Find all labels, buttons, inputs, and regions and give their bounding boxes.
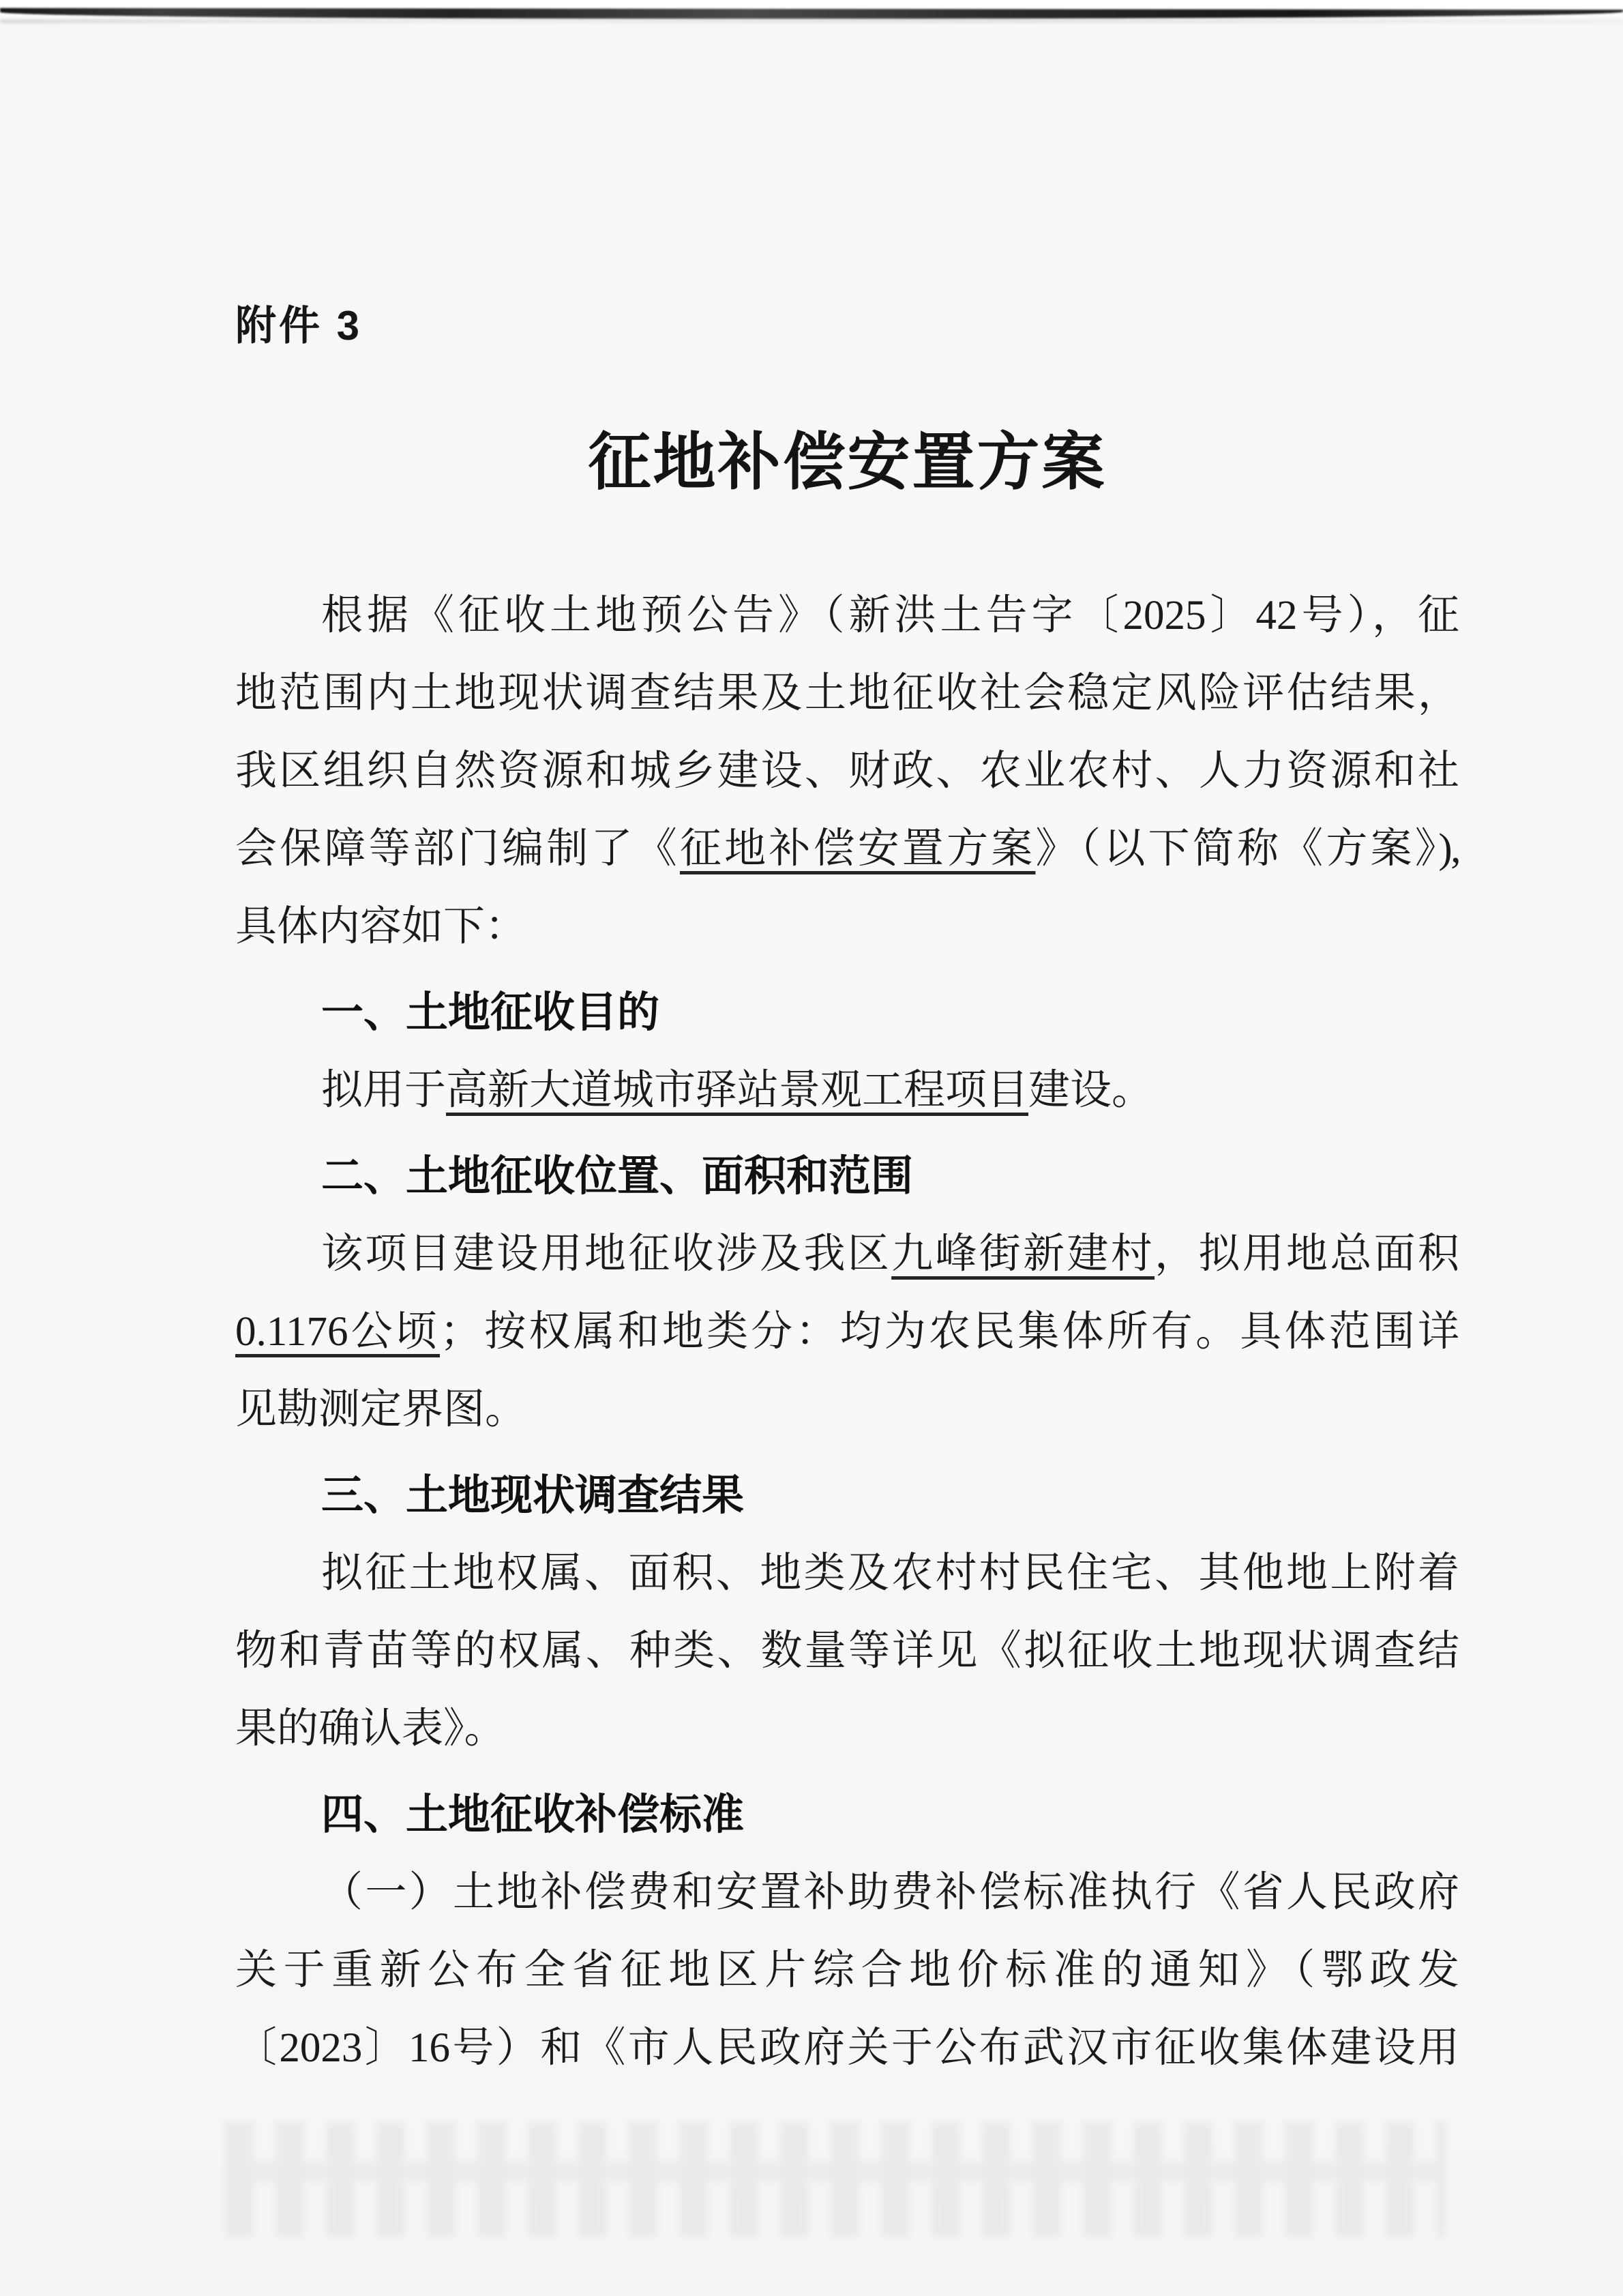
para3-line2: 0.1176公顷；按权属和地类分：均为农民集体所有。具体范围详 [235, 1293, 1459, 1371]
para3-line1: 该项目建设用地征收涉及我区九峰街新建村，拟用地总面积 [235, 1216, 1459, 1293]
para2-line1: 拟用于高新大道城市驿站景观工程项目建设。 [235, 1052, 1459, 1130]
underlined-text: 征地补偿安置方案 [680, 826, 1036, 872]
text-segment: 物和青苗等的权属、种类、数量等详见《拟征收土地现状调查结 [235, 1628, 1459, 1674]
document-title: 征地补偿安置方案 [235, 430, 1459, 496]
text-segment: 建设。 [1028, 1068, 1153, 1113]
para1-line3: 我区组织自然资源和城乡建设、财政、农业农村、人力资源和社 [235, 733, 1459, 810]
text-segment: 果的确认表》。 [235, 1706, 506, 1752]
text-segment: 见勘测定界图。 [235, 1387, 526, 1432]
document-body: 根据《征收土地预公告》（新洪土告字〔2025〕42号），征地范围内土地现状调查结… [235, 577, 1459, 2087]
section-heading-4: 四、土地征收补偿标准 [235, 1776, 1459, 1854]
text-segment: 该项目建设用地征收涉及我区 [321, 1231, 891, 1277]
scanned-document-page: 附件 3 征地补偿安置方案 根据《征收土地预公告》（新洪土告字〔2025〕42号… [0, 0, 1623, 2296]
text-segment: 三、土地现状调查结果 [321, 1472, 744, 1519]
scan-edge-artifact [0, 8, 1623, 20]
text-segment: 地范围内土地现状调查结果及土地征收社会稳定风险评估结果， [235, 671, 1459, 716]
text-segment: 拟征土地权属、面积、地类及农村村民住宅、其他地上附着 [321, 1550, 1459, 1596]
para4-line1: 拟征土地权属、面积、地类及农村村民住宅、其他地上附着 [235, 1535, 1459, 1613]
para1-line2: 地范围内土地现状调查结果及土地征收社会稳定风险评估结果， [235, 655, 1459, 733]
para4-line3: 果的确认表》。 [235, 1690, 1459, 1768]
para1-line4: 会保障等部门编制了《征地补偿安置方案》（以下简称《方案》), [235, 810, 1459, 888]
text-segment: 》（以下简称《方案》), [1035, 826, 1459, 872]
text-segment: 我区组织自然资源和城乡建设、财政、农业农村、人力资源和社 [235, 748, 1459, 794]
text-segment: ；按权属和地类分：均为农民集体所有。具体范围详 [440, 1309, 1459, 1355]
page-bleedthrough-artifact [225, 2121, 1446, 2237]
underlined-text: 九峰街新建村 [891, 1231, 1155, 1277]
attachment-label: 附件 3 [235, 306, 362, 347]
para1-line1: 根据《征收土地预公告》（新洪土告字〔2025〕42号），征 [235, 577, 1459, 655]
text-segment: ，拟用地总面积 [1155, 1231, 1459, 1277]
text-segment: 二、土地征收位置、面积和范围 [321, 1153, 913, 1200]
underlined-text: 高新大道城市驿站景观工程项目 [446, 1068, 1028, 1113]
scan-edge-shadow [0, 19, 1623, 23]
para3-line3: 见勘测定界图。 [235, 1371, 1459, 1449]
text-segment: 关于重新公布全省征地区片综合地价标准的通知》（鄂政发 [235, 1947, 1459, 1993]
text-segment: 具体内容如下： [235, 904, 526, 950]
text-segment: （一）土地补偿费和安置补助费补偿标准执行《省人民政府 [321, 1870, 1459, 1915]
para4-line2: 物和青苗等的权属、种类、数量等详见《拟征收土地现状调查结 [235, 1613, 1459, 1690]
text-segment: 一、土地征收目的 [321, 989, 659, 1036]
underlined-text: 0.1176公顷 [235, 1309, 440, 1355]
text-segment: 〔2023〕16号）和《市人民政府关于公布武汉市征收集体建设用 [235, 2025, 1459, 2071]
para5-line3: 〔2023〕16号）和《市人民政府关于公布武汉市征收集体建设用 [235, 2010, 1459, 2087]
para1-line5: 具体内容如下： [235, 888, 1459, 966]
text-segment: 拟用于 [321, 1068, 446, 1113]
para5-line1: （一）土地补偿费和安置补助费补偿标准执行《省人民政府 [235, 1854, 1459, 1932]
text-segment: 会保障等部门编制了《 [235, 826, 680, 872]
section-heading-2: 二、土地征收位置、面积和范围 [235, 1138, 1459, 1216]
section-heading-3: 三、土地现状调查结果 [235, 1457, 1459, 1535]
section-heading-1: 一、土地征收目的 [235, 974, 1459, 1052]
text-segment: 根据《征收土地预公告》（新洪土告字〔2025〕42号），征 [321, 593, 1459, 638]
text-segment: 四、土地征收补偿标准 [321, 1791, 744, 1838]
para5-line2: 关于重新公布全省征地区片综合地价标准的通知》（鄂政发 [235, 1932, 1459, 2010]
